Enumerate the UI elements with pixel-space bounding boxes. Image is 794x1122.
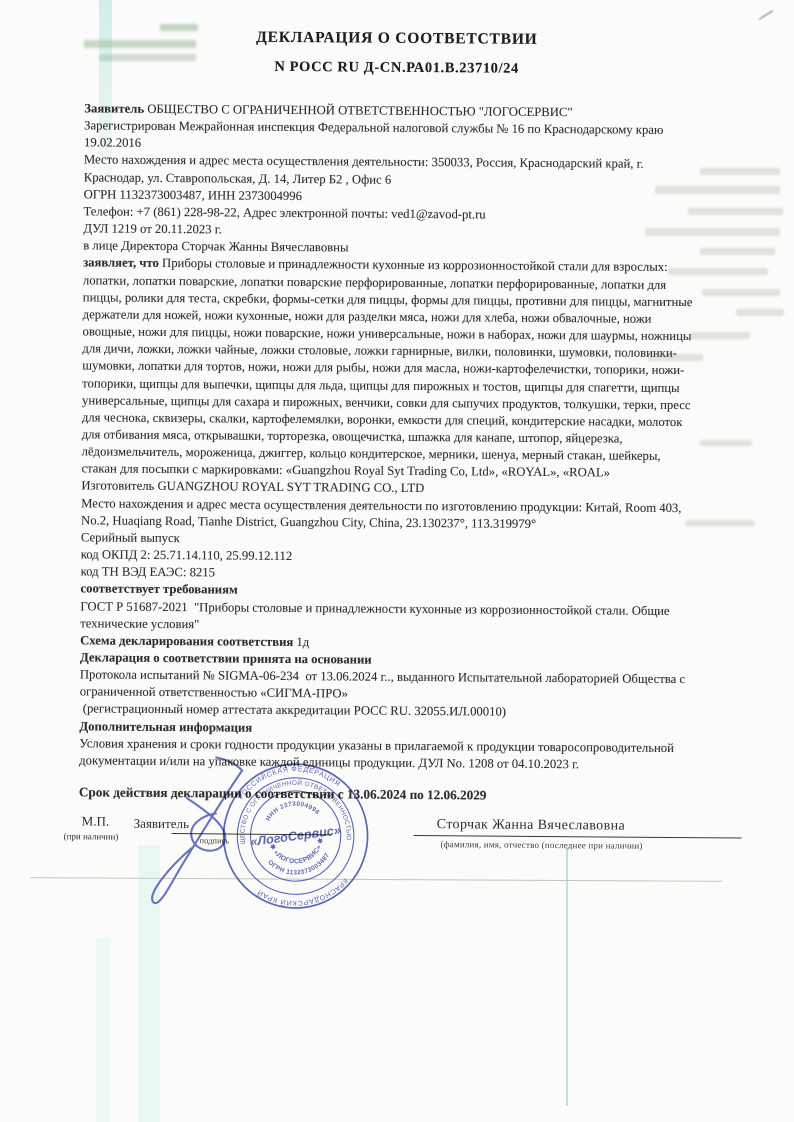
doc-line-text: Место нахождения и адрес места осуществл… — [84, 153, 644, 171]
doc-line-text: Серийный выпуск — [81, 530, 180, 545]
doc-line-text: ограниченной ответственностью «СИГМА-ПРО… — [80, 685, 348, 701]
doc-line-text: Место нахождения и адрес места осуществл… — [81, 496, 681, 515]
stamp-center-logo-text: «ЛогоСервис» — [250, 823, 342, 849]
doc-line-text: 19.02.2016 — [84, 136, 141, 150]
doc-line-text: код ТН ВЭД ЕАЭС: 8215 — [81, 565, 215, 580]
document-title: ДЕКЛАРАЦИЯ О СООТВЕТСТВИИ — [0, 27, 794, 51]
signatory-name: Сторчак Жанна Вячеславовна — [437, 817, 626, 834]
doc-line-text: стакан для посыпки с маркировками: «Guan… — [81, 462, 610, 480]
doc-line-text: Телефон: +7 (861) 228-98-22, Адрес элект… — [83, 204, 485, 221]
doc-line-lead: заявляет, что — [83, 256, 159, 271]
doc-line-text: Изготовитель GUANGZHOU ROYAL SYT TRADING… — [81, 479, 424, 496]
stamp-place-note: (при наличии) — [64, 831, 119, 841]
scanned-declaration-page: ДЕКЛАРАЦИЯ О СООТВЕТСТВИИ N РОСС RU Д-CN… — [0, 0, 794, 1122]
doc-line-text: (регистрационный номер аттестата аккреди… — [80, 702, 507, 719]
doc-line-text: ОБЩЕСТВО С ОГРАНИЧЕННОЙ ОТВЕТСТВЕННОСТЬЮ… — [144, 102, 573, 119]
company-stamp: РОССИЙСКАЯ ФЕДЕРАЦИЯ КРАСНОДАРСКИЙ КРАЙ … — [219, 759, 372, 912]
doc-line-text: в лице Директора Сторчак Жанны Вячеславо… — [83, 239, 348, 255]
doc-line-text: лёдоизмельчитель, мороженица, джиггер, к… — [82, 444, 661, 463]
doc-line-text: для отбивания мяса, открывашки, торторез… — [82, 427, 623, 445]
doc-line-text: шумовки, лопатки для тортов, ножи, ножи … — [82, 359, 684, 378]
doc-line-text: Зарегистрирован Межрайонная инспекция Фе… — [84, 119, 663, 138]
doc-line-lead: Дополнительная информация — [79, 719, 252, 734]
doc-line-text: Приборы столовые и принадлежности кухонн… — [159, 256, 668, 274]
doc-line-text: держатели для ножей, ножи кухонные, ножи… — [83, 307, 652, 325]
doc-line-text: технические условия" — [80, 616, 199, 631]
doc-line-lead: Схема декларирования соответствия — [80, 633, 293, 649]
stamp-place-label: М.П. — [82, 813, 110, 829]
doc-line-text: Краснодар, ул. Ставропольская, Д. 14, Ли… — [84, 170, 392, 186]
doc-line-text: ГОСТ Р 51687-2021 "Приборы столовые и пр… — [80, 599, 669, 618]
document-sheet: ДЕКЛАРАЦИЯ О СООТВЕТСТВИИ N РОСС RU Д-CN… — [0, 0, 794, 1122]
declaration-number: N РОСС RU Д-CN.РА01.В.23710/24 — [0, 57, 794, 80]
doc-line-text: универсальные, щипцы для сахара и пирожн… — [82, 393, 691, 412]
doc-line-text: No.2, Huaqiang Road, Tianhe District, Gu… — [81, 513, 536, 531]
name-caption: (фамилия, имя, отчество (последнее при н… — [441, 839, 643, 851]
doc-line-text: 1д — [293, 635, 309, 649]
doc-line-text: код ОКПД 2: 25.71.14.110, 25.99.12.112 — [81, 547, 293, 563]
doc-line-lead: Заявитель — [84, 101, 144, 115]
declaration-body: Заявитель ОБЩЕСТВО С ОГРАНИЧЕННОЙ ОТВЕТС… — [79, 100, 756, 774]
svg-text:ИНН 2373004996: ИНН 2373004996 — [263, 797, 322, 823]
doc-line-text: лопатки, лопатки поварские, лопатки пова… — [83, 273, 666, 292]
doc-line-text: топорики, щипцы для выпечки, щипцы для л… — [82, 376, 680, 395]
stamp-inn-text: ИНН 2373004996 — [263, 797, 322, 823]
doc-line-text: ДУЛ 1219 от 20.11.2023 г. — [83, 221, 221, 236]
doc-line-lead: Декларация о соответствии принята на осн… — [80, 650, 372, 666]
doc-line-text: ОГРН 1132373003487, ИНН 2373004996 — [84, 187, 302, 203]
doc-line-text: пиццы, ролики для теста, скребки, формы-… — [83, 290, 693, 309]
doc-line-lead: соответствует требованиям — [80, 582, 237, 597]
